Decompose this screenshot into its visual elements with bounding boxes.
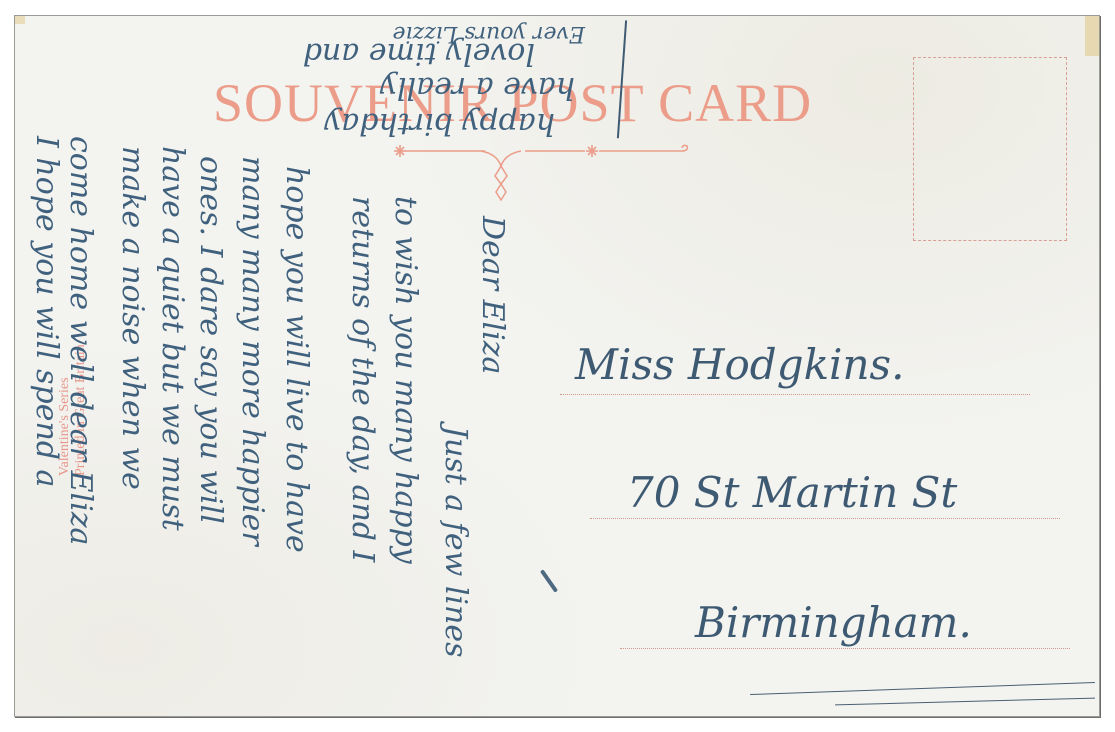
address-city: Birmingham.: [695, 602, 972, 644]
address-underline-2: [835, 698, 1095, 706]
message-line-7: have a quiet but we must: [157, 146, 187, 531]
message-signature: Ever yours Lizzie: [392, 22, 585, 44]
address-rule-1: [560, 394, 1030, 395]
corner-stain: [1085, 16, 1099, 56]
postcard-back: SOUVENIR POST CARD Valentine's Series Pr…: [14, 15, 1100, 717]
message-line-3: returns of the day, and I: [347, 196, 377, 562]
ink-mark: [540, 569, 558, 593]
message-top-line-3: happy birthday: [324, 108, 555, 138]
message-line-1: Just a few lines: [440, 426, 470, 658]
ornamental-divider: [385, 142, 705, 202]
address-rule-2: [590, 518, 1060, 519]
message-top-line-2: have a really: [380, 72, 575, 102]
message-line-4: hope you will live to have: [281, 166, 311, 553]
stamp-box: [913, 57, 1067, 241]
address-street: 70 St Martin St: [627, 472, 957, 514]
message-line-9: come home well dear Eliza: [65, 136, 95, 545]
address-name: Miss Hodgkins.: [575, 344, 904, 386]
message-salutation: Dear Eliza: [477, 216, 507, 374]
message-line-10: I hope you will spend a: [31, 136, 61, 487]
address-underline-1: [750, 682, 1095, 695]
address-rule-3: [620, 648, 1070, 649]
message-line-6: ones. I dare say you will: [195, 156, 225, 524]
message-line-8: make a noise when we: [117, 146, 147, 490]
corner-stain: [15, 16, 25, 24]
message-line-2: to wish you many happy: [390, 196, 420, 564]
message-line-5: many many more happier: [237, 156, 267, 546]
